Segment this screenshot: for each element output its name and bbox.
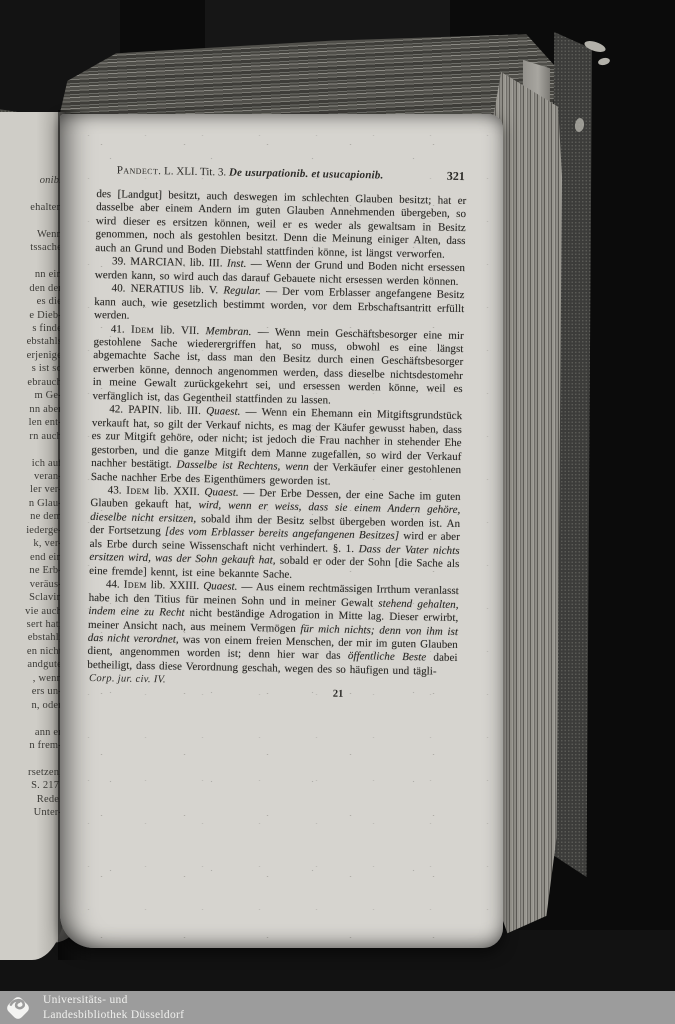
facing-page-line (0, 443, 62, 456)
page-number: 321 (447, 169, 465, 184)
cover-wear-spot (597, 57, 610, 66)
facing-page-line: den der (0, 282, 62, 295)
facing-page-line: veräus- (0, 578, 62, 591)
paragraph: 43. Idem lib. XXII. Quaest. — Der Erbe D… (89, 484, 461, 585)
page-body-text: des [Landgut] besitzt, auch deswegen im … (87, 188, 466, 679)
facing-page-text-fragments: onib. ehalten Wenntssache nn einden dere… (0, 174, 62, 820)
paragraph: 42. PAPIN. lib. III. Quaest. — Wenn ein … (91, 403, 462, 491)
facing-page-line: ebstahl; (0, 631, 62, 644)
facing-page-line: andgute (0, 658, 62, 671)
facing-page-line: Unter- (0, 806, 62, 819)
page-print-area: Pandect. L. XLI. Tit. 3. De usurpationib… (87, 162, 467, 710)
text-segment: Idem (131, 323, 154, 335)
facing-page-line: nn aber (0, 403, 62, 416)
text-segment: 42. PAPIN. lib. III. (109, 404, 206, 418)
text-segment: Quaest. (203, 580, 237, 593)
facing-page-line: k, ver- (0, 537, 62, 550)
sheet-number: 21 (333, 689, 344, 700)
facing-page-line: tssache (0, 241, 62, 254)
text-segment: lib. XXII. (149, 485, 204, 498)
text-segment: 43. (108, 484, 127, 496)
facing-page-line: erjenige (0, 349, 62, 362)
text-segment: Dasselbe ist Rechtens, wenn (176, 459, 308, 474)
page-footer: Corp. jur. civ. IV. 21 (87, 673, 458, 710)
facing-page-line: n frem- (0, 739, 62, 752)
header-citation: L. XLI. Tit. 3. (164, 165, 226, 178)
library-name: Universitäts- und Landesbibliothek Düsse… (43, 993, 184, 1021)
facing-page-line: veran- (0, 470, 62, 483)
volume-signature: Corp. jur. civ. IV. (89, 673, 166, 685)
facing-page-line: es die (0, 295, 62, 308)
text-segment: Regular. (223, 285, 261, 298)
facing-page-line: ehalten (0, 201, 62, 214)
facing-page-line: ne dem (0, 510, 62, 523)
facing-page-line: ers un- (0, 685, 62, 698)
facing-page-line: ann er (0, 726, 62, 739)
header-chapter-title: De usurpationib. et usucapionib. (229, 167, 384, 182)
text-segment: 39. MARCIAN. lib. III. (112, 256, 227, 270)
text-segment: 41. (111, 323, 131, 335)
header-work-title: Pandect. (117, 164, 162, 177)
text-segment: Idem (126, 485, 149, 497)
facing-page-line (0, 255, 62, 268)
ulb-duesseldorf-logo-icon (3, 993, 33, 1023)
facing-page-line: n, oder (0, 699, 62, 712)
facing-page-line: iederge- (0, 524, 62, 537)
running-header: Pandect. L. XLI. Tit. 3. De usurpationib… (97, 162, 467, 184)
facing-page-line: e Dieb- (0, 309, 62, 322)
facing-page-line: len ent- (0, 416, 62, 429)
text-segment: 44. (106, 578, 124, 590)
paragraph: 40. NERATIUS lib. V. Regular. — Der vom … (94, 282, 465, 329)
library-name-line2: Landesbibliothek Düsseldorf (43, 1008, 184, 1022)
text-segment: öffentliche Beste (348, 650, 427, 664)
facing-page-line: end ein (0, 551, 62, 564)
facing-page-line: ne Erb- (0, 564, 62, 577)
text-segment: Quaest. (206, 405, 240, 418)
paragraph: 41. Idem lib. VII. Membran. — Wenn mein … (92, 323, 463, 411)
facing-page-line: nn ein (0, 268, 62, 281)
text-segment: des [Landgut] besitzt, auch deswegen im … (95, 188, 466, 261)
facing-page-line: n Glau- (0, 497, 62, 510)
facing-page-line (0, 752, 62, 765)
text-segment: Idem (124, 579, 147, 591)
facing-page-line: ebstahls (0, 335, 62, 348)
facing-page-line: S. 217. (0, 779, 62, 792)
facing-page-line: rn auch (0, 430, 62, 443)
facing-page-line: vie auch (0, 605, 62, 618)
text-segment: lib. XXIII. (147, 579, 204, 592)
facing-page-line: Sclavin (0, 591, 62, 604)
facing-page-line: Rede. (0, 793, 62, 806)
facing-page-sliver: onib. ehalten Wenntssache nn einden dere… (0, 112, 66, 960)
main-page: Pandect. L. XLI. Tit. 3. De usurpationib… (60, 114, 503, 948)
header-left: Pandect. L. XLI. Tit. 3. De usurpationib… (117, 164, 384, 181)
facing-page-line: rsetzen, (0, 766, 62, 779)
text-segment: — Wenn mein Geschäftsbesorger eine mir g… (92, 326, 463, 407)
facing-page-line: m Ge- (0, 389, 62, 402)
facing-page-line: ler ver- (0, 483, 62, 496)
facing-page-line: sert hat; (0, 618, 62, 631)
facing-page-line: ich auf (0, 457, 62, 470)
facing-page-line: onib. (0, 174, 62, 187)
text-segment: Membran. (205, 325, 251, 338)
text-segment: lib. VII. (154, 324, 206, 337)
book-scan-viewport: onib. ehalten Wenntssache nn einden dere… (0, 0, 675, 1024)
facing-page-line: ebrauch (0, 376, 62, 389)
text-segment: Quaest. (204, 486, 238, 499)
text-segment: 40. NERATIUS lib. V. (111, 282, 223, 296)
facing-page-line: s finde (0, 322, 62, 335)
facing-page-line (0, 214, 62, 227)
text-segment: Inst. (227, 258, 247, 270)
facing-page-line: , wenn (0, 672, 62, 685)
facing-page-line (0, 712, 62, 725)
facing-page-line: en nicht (0, 645, 62, 658)
facing-page-line: s ist so (0, 362, 62, 375)
library-name-line1: Universitäts- und (43, 993, 184, 1007)
library-watermark-bar: Universitäts- und Landesbibliothek Düsse… (0, 991, 675, 1024)
paragraph: 44. Idem lib. XXIII. Quaest. — Aus einem… (87, 578, 459, 679)
paragraph: des [Landgut] besitzt, auch deswegen im … (95, 188, 466, 262)
facing-page-line (0, 187, 62, 200)
facing-page-line: Wenn (0, 228, 62, 241)
